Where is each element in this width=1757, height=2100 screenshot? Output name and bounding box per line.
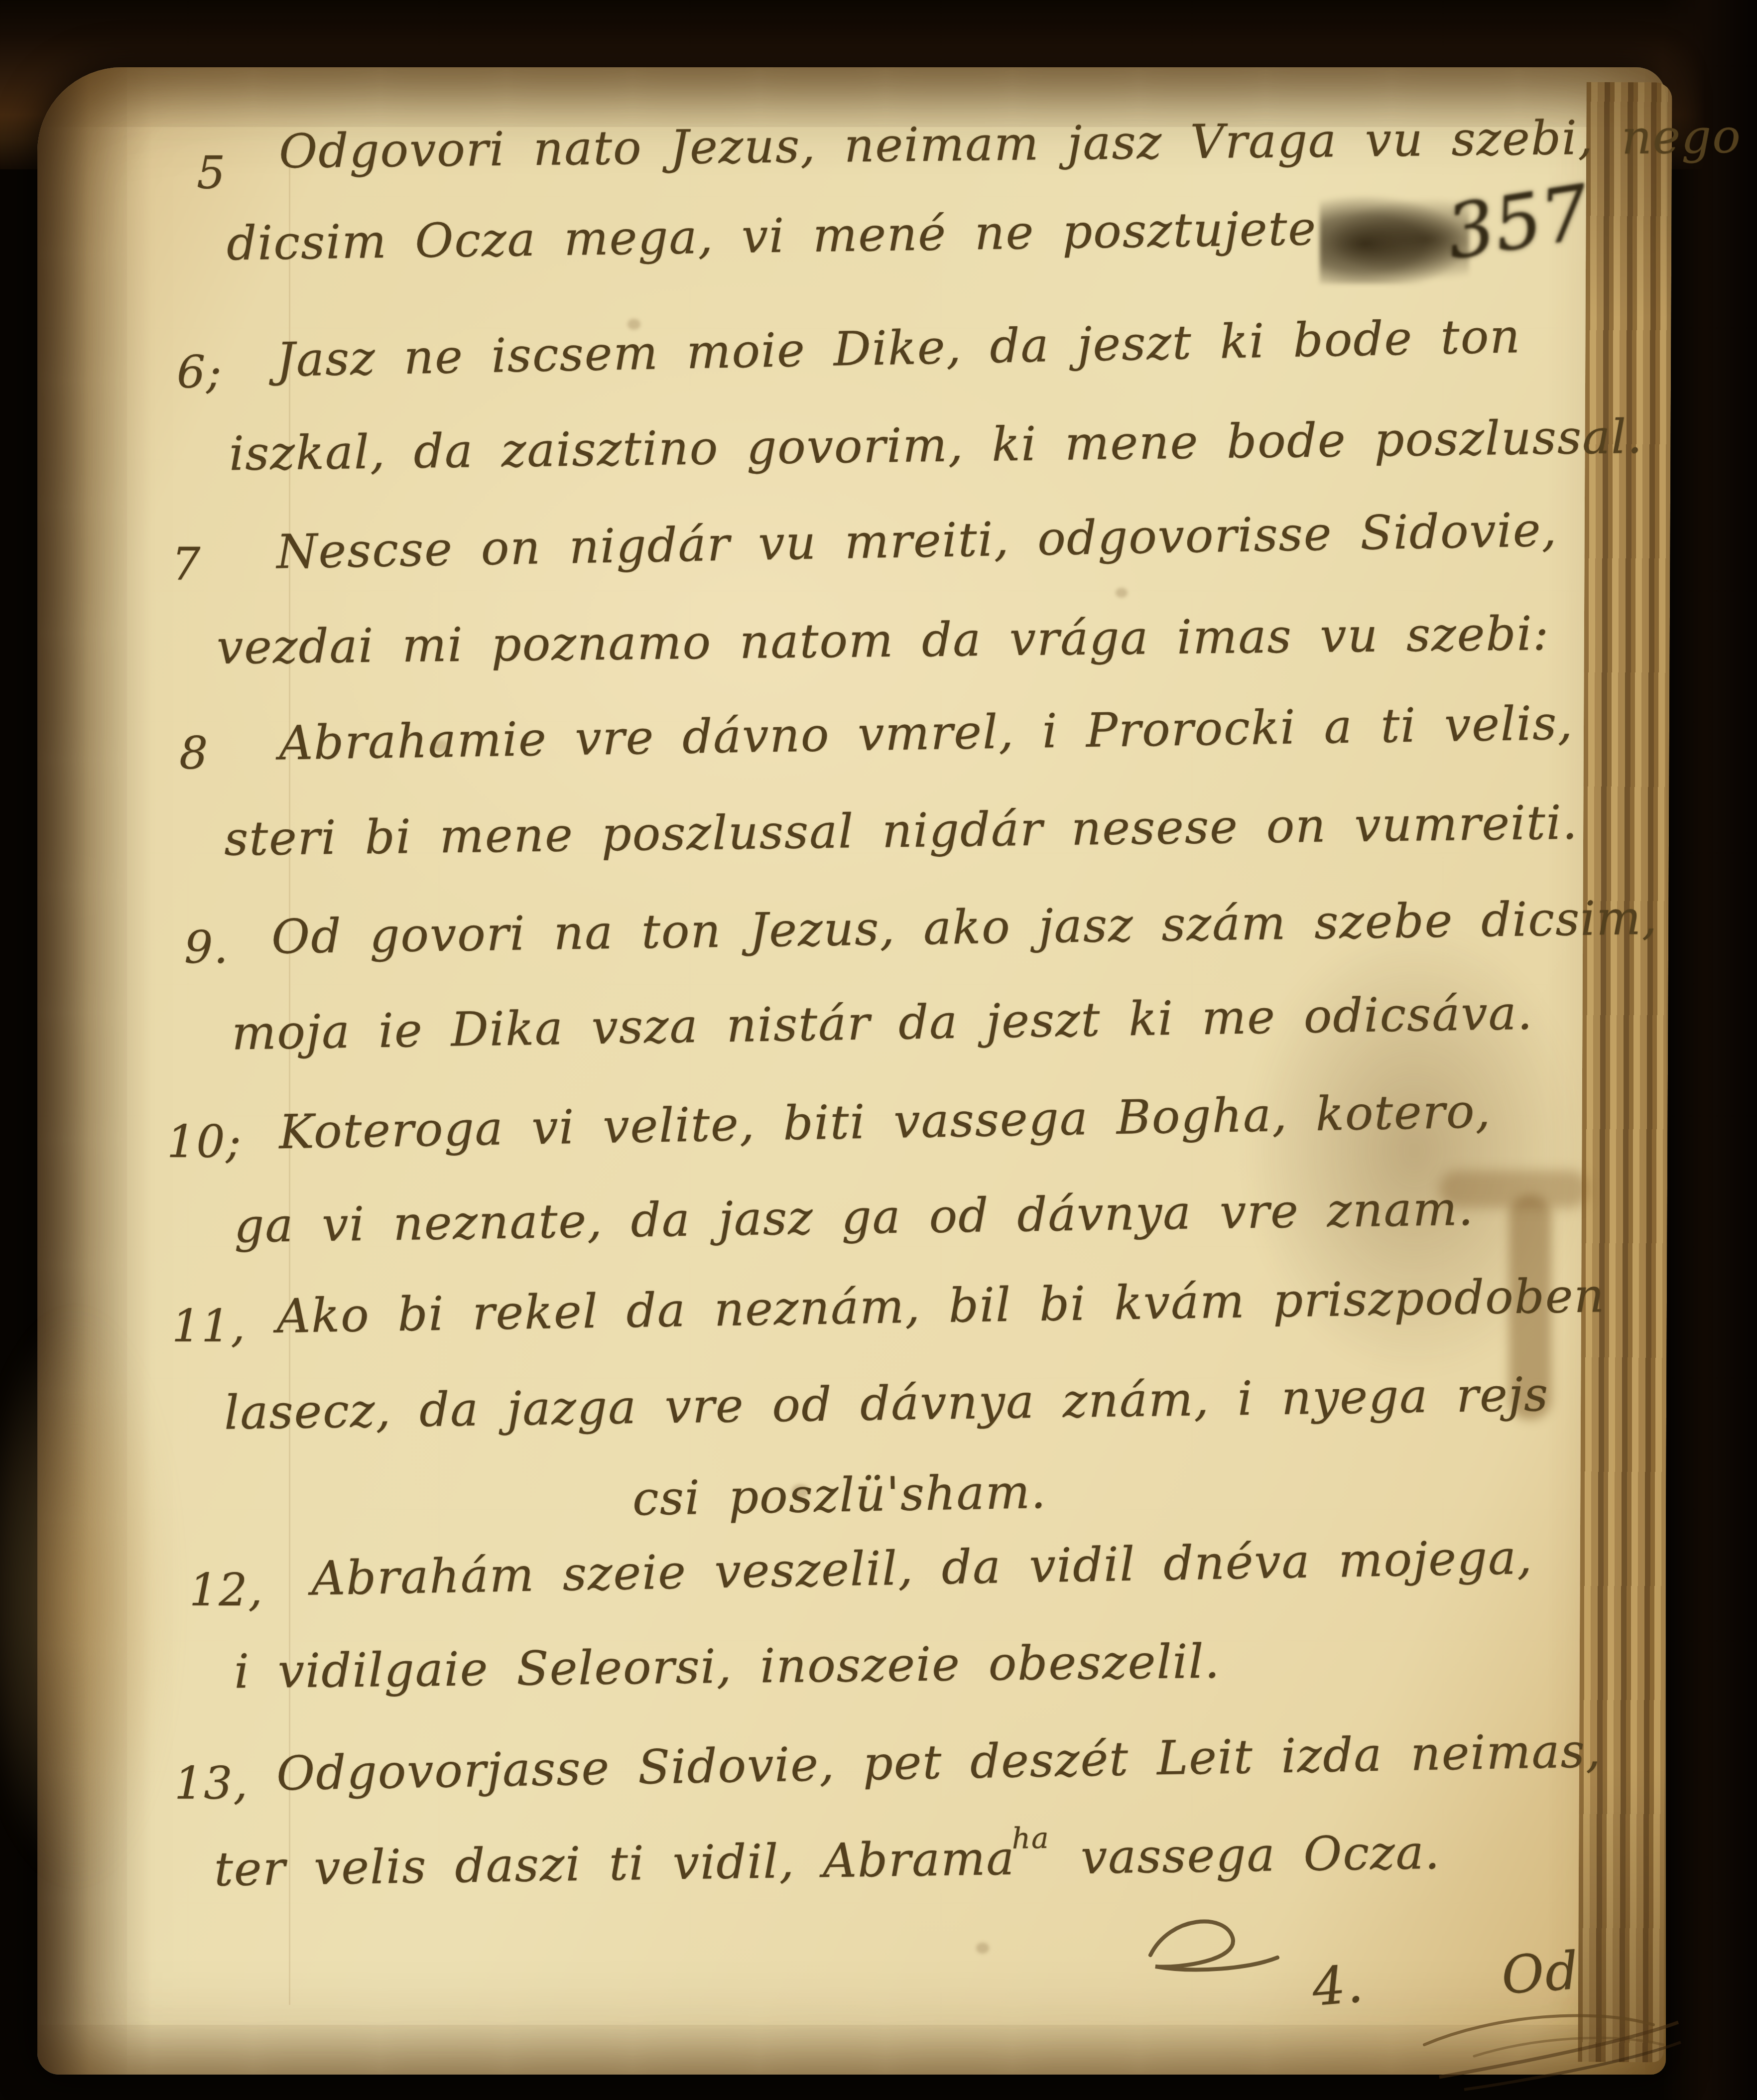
verse-number: 8 — [179, 727, 209, 780]
verse-number: 9. — [184, 921, 229, 974]
ink-blot-number: 357 — [1441, 169, 1595, 277]
quire-mark: 4. — [1310, 1953, 1366, 2018]
page-curl-lines — [1434, 2007, 1683, 2097]
verse-number: 5 — [197, 147, 226, 199]
verse-number: 7 — [172, 538, 201, 590]
line-end-flourish — [1135, 1908, 1285, 1992]
verse-number: 13, — [174, 1757, 249, 1810]
superscript-insertion: ha — [1011, 1821, 1050, 1855]
manuscript-line: i vidilgaie Seleorsi, inoszeie obeszelil… — [234, 1635, 1221, 1700]
manuscript-photo: 357 5 Odgovori nato Jezus, neimam jasz V… — [0, 0, 1757, 2100]
verse-number: 11, — [172, 1300, 246, 1352]
verse-number: 12, — [189, 1564, 263, 1616]
verse-number: 10; — [167, 1116, 242, 1168]
ink-blot: 357 — [1320, 184, 1579, 299]
verse-number: 6; — [177, 346, 223, 398]
line-text: ter velis daszi ti vidil, Abrama — [214, 1832, 1015, 1897]
water-stain — [0, 1310, 174, 1883]
catchword: Od — [1500, 1940, 1581, 2006]
background-shadow — [1662, 0, 1757, 2100]
manuscript-line: csi poszlü'sham. — [632, 1465, 1047, 1526]
fox-spot — [1116, 588, 1128, 598]
line-text: vassega Ocza. — [1080, 1826, 1441, 1885]
fox-spot — [976, 1943, 989, 1954]
